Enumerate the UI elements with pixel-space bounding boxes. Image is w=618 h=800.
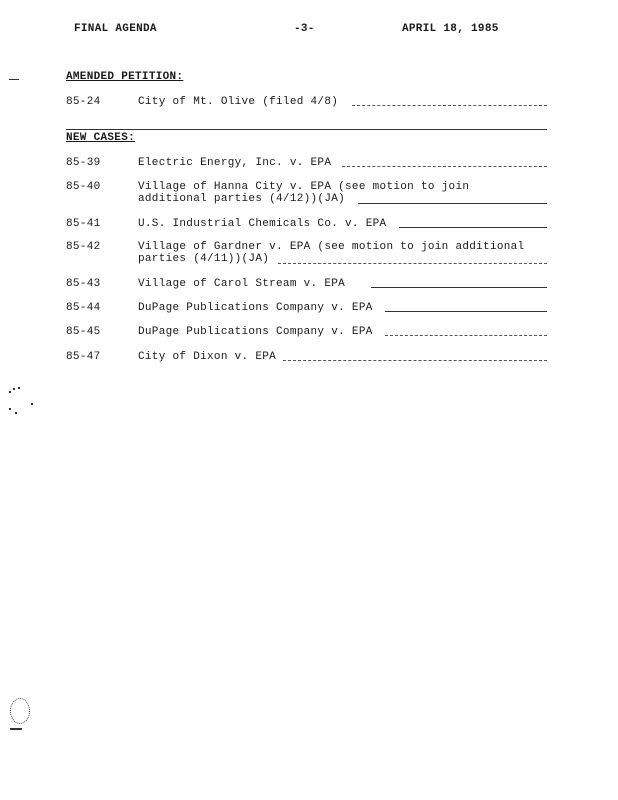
case-title: Village of Hanna City v. EPA (see motion… bbox=[138, 181, 469, 193]
case-number: 85-47 bbox=[66, 351, 101, 363]
case-title: U.S. Industrial Chemicals Co. v. EPA bbox=[138, 218, 386, 230]
case-number: 85-41 bbox=[66, 218, 101, 230]
case-title: Electric Energy, Inc. v. EPA bbox=[138, 157, 331, 169]
case-title: Village of Gardner v. EPA (see motion to… bbox=[138, 241, 524, 253]
case-title: City of Mt. Olive (filed 4/8) bbox=[138, 96, 338, 108]
case-title: Village of Carol Stream v. EPA bbox=[138, 278, 345, 290]
header-title: FINAL AGENDA bbox=[74, 23, 157, 35]
section-title: AMENDED PETITION: bbox=[66, 71, 183, 83]
fill-line bbox=[399, 227, 547, 228]
fill-line bbox=[371, 287, 547, 288]
divider bbox=[66, 129, 547, 130]
fill-line bbox=[342, 166, 547, 167]
fill-line bbox=[283, 360, 547, 361]
fill-line bbox=[278, 263, 547, 264]
case-title: DuPage Publications Company v. EPA bbox=[138, 326, 373, 338]
fill-line bbox=[352, 105, 547, 106]
case-number: 85-42 bbox=[66, 241, 101, 253]
header-date: APRIL 18, 1985 bbox=[402, 23, 499, 35]
case-number: 85-39 bbox=[66, 157, 101, 169]
page-number: -3- bbox=[294, 23, 315, 35]
fill-line bbox=[358, 203, 547, 204]
section-title: NEW CASES: bbox=[66, 132, 135, 144]
case-title: City of Dixon v. EPA bbox=[138, 351, 276, 363]
case-title-cont: parties (4/11))(JA) bbox=[138, 253, 269, 265]
fill-line bbox=[385, 335, 547, 336]
case-number: 85-45 bbox=[66, 326, 101, 338]
case-title: DuPage Publications Company v. EPA bbox=[138, 302, 373, 314]
case-number: 85-44 bbox=[66, 302, 101, 314]
case-title-cont: additional parties (4/12))(JA) bbox=[138, 193, 345, 205]
case-number: 85-43 bbox=[66, 278, 101, 290]
case-number: 85-40 bbox=[66, 181, 101, 193]
fill-line bbox=[385, 311, 547, 312]
case-number: 85-24 bbox=[66, 96, 101, 108]
